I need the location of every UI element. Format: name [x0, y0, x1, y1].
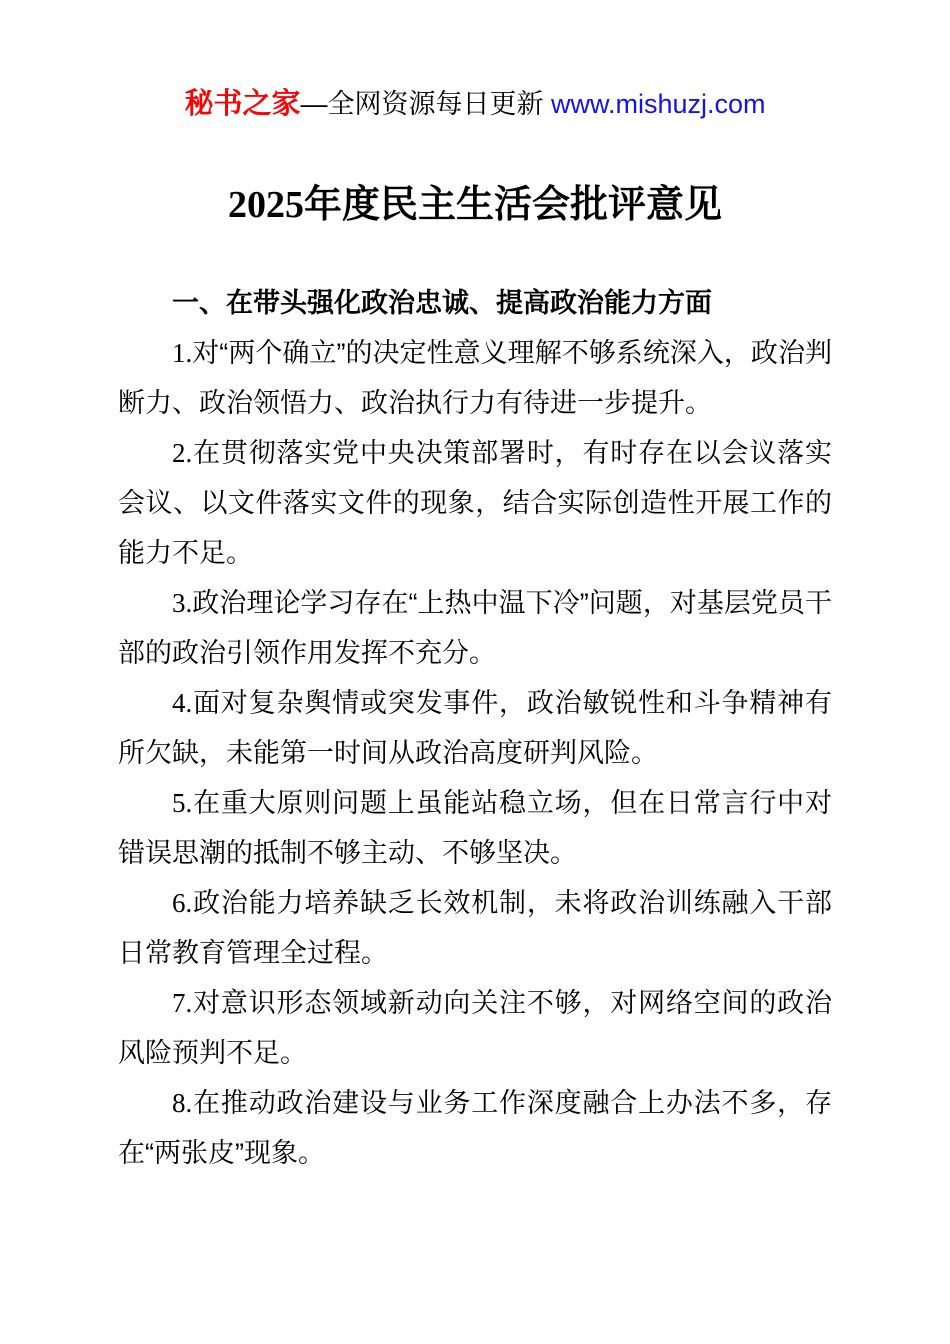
item-text: 对意识形态领域新动向关注不够，对网络空间的政治风险预判不足。	[118, 988, 832, 1068]
item-number: 2.	[172, 438, 192, 468]
item-text: 在贯彻落实党中央决策部署时，有时存在以会议落实会议、以文件落实文件的现象，结合实…	[118, 438, 832, 568]
list-item-8: 8.在推动政治建设与业务工作深度融合上办法不多，存在“两张皮”现象。	[118, 1078, 832, 1178]
item-text: 政治理论学习存在“上热中温下冷”问题，对基层党员干部的政治引领作用发挥不充分。	[118, 588, 832, 668]
item-number: 5.	[172, 788, 192, 818]
item-text: 面对复杂舆情或突发事件，政治敏锐性和斗争精神有所欠缺，未能第一时间从政治高度研判…	[118, 688, 832, 768]
item-text: 在重大原则问题上虽能站稳立场，但在日常言行中对错误思潮的抵制不够主动、不够坚决。	[118, 788, 832, 868]
document-header: 秘书之家—全网资源每日更新 www.mishuzj.com	[0, 0, 950, 122]
website-link[interactable]: www.mishuzj.com	[551, 89, 766, 119]
document-body: 一、在带头强化政治忠诚、提高政治能力方面 1.对“两个确立”的决定性意义理解不够…	[118, 278, 832, 1178]
document-title: 2025年度民主生活会批评意见	[0, 176, 950, 234]
list-item-5: 5.在重大原则问题上虽能站稳立场，但在日常言行中对错误思潮的抵制不够主动、不够坚…	[118, 778, 832, 878]
brand-name: 秘书之家	[184, 88, 300, 120]
item-text: 政治能力培养缺乏长效机制，未将政治训练融入干部日常教育管理全过程。	[118, 888, 832, 968]
item-number: 7.	[172, 988, 192, 1018]
list-item-3: 3.政治理论学习存在“上热中温下冷”问题，对基层党员干部的政治引领作用发挥不充分…	[118, 578, 832, 678]
item-number: 1.	[172, 338, 192, 368]
item-number: 8.	[172, 1088, 192, 1118]
section-heading: 一、在带头强化政治忠诚、提高政治能力方面	[118, 278, 832, 328]
item-number: 6.	[172, 888, 192, 918]
item-number: 3.	[172, 588, 192, 618]
item-text: 在推动政治建设与业务工作深度融合上办法不多，存在“两张皮”现象。	[118, 1088, 832, 1168]
list-item-4: 4.面对复杂舆情或突发事件，政治敏锐性和斗争精神有所欠缺，未能第一时间从政治高度…	[118, 678, 832, 778]
header-tagline: —全网资源每日更新	[300, 89, 551, 119]
list-item-2: 2.在贯彻落实党中央决策部署时，有时存在以会议落实会议、以文件落实文件的现象，结…	[118, 428, 832, 578]
item-number: 4.	[172, 688, 192, 718]
list-item-6: 6.政治能力培养缺乏长效机制，未将政治训练融入干部日常教育管理全过程。	[118, 878, 832, 978]
list-item-7: 7.对意识形态领域新动向关注不够，对网络空间的政治风险预判不足。	[118, 978, 832, 1078]
list-item-1: 1.对“两个确立”的决定性意义理解不够系统深入，政治判断力、政治领悟力、政治执行…	[118, 328, 832, 428]
document-page: 秘书之家—全网资源每日更新 www.mishuzj.com 2025年度民主生活…	[0, 0, 950, 1344]
item-text: 对“两个确立”的决定性意义理解不够系统深入，政治判断力、政治领悟力、政治执行力有…	[118, 338, 832, 418]
